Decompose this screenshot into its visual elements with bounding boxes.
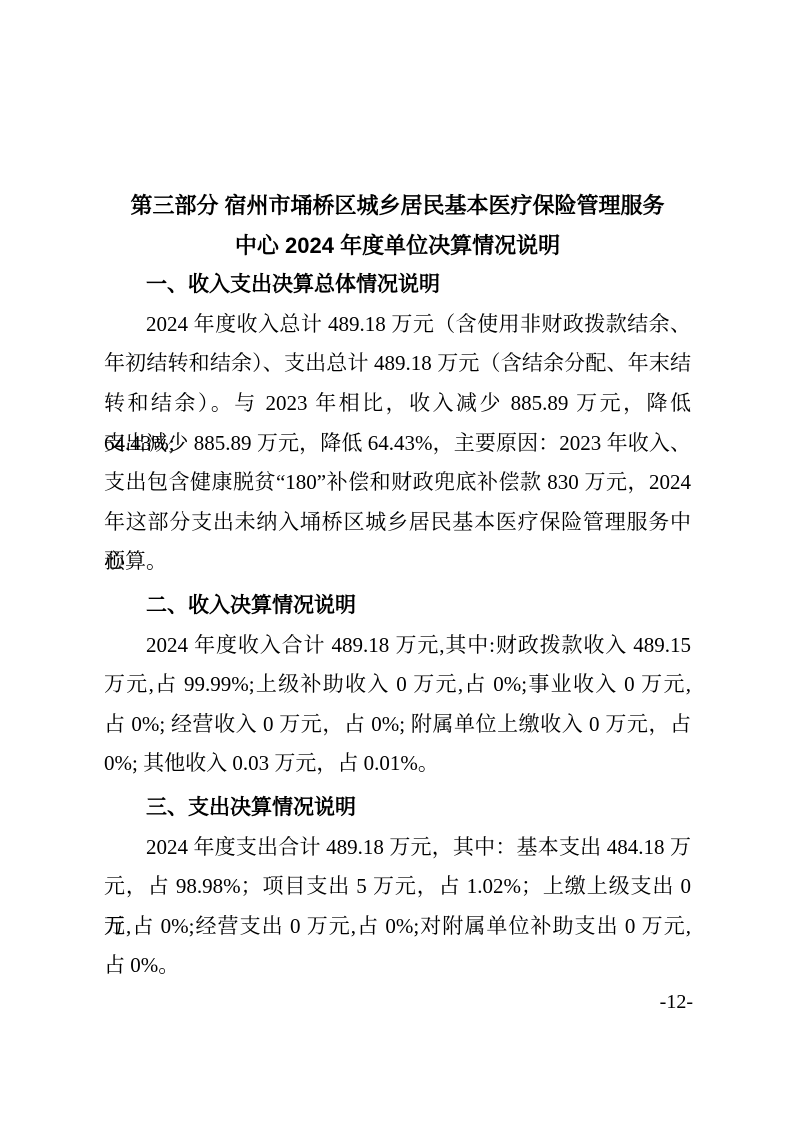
section-heading: 二、收入决算情况说明 bbox=[104, 586, 691, 626]
paragraph-line: 占 0%。 bbox=[104, 946, 691, 986]
paragraph-line: 转和结余）。与 2023 年相比，收入减少 885.89 万元，降低 64.43… bbox=[104, 384, 691, 424]
document-title-line: 第三部分 宿州市埇桥区城乡居民基本医疗保险管理服务 bbox=[104, 186, 691, 226]
section-heading: 三、支出决算情况说明 bbox=[104, 788, 691, 828]
paragraph-line: 2024 年度支出合计 489.18 万元，其中：基本支出 484.18 万 bbox=[104, 828, 691, 868]
paragraph-line: 年这部分支出未纳入埇桥区城乡居民基本医疗保险管理服务中心 bbox=[104, 503, 691, 543]
paragraph-line: 占 0%; 经营收入 0 万元，占 0%; 附属单位上缴收入 0 万元，占 bbox=[104, 705, 691, 745]
document-title-line: 中心 2024 年度单位决算情况说明 bbox=[104, 226, 691, 266]
paragraph-line: 元,占 0%;经营支出 0 万元,占 0%;对附属单位补助支出 0 万元, bbox=[104, 907, 691, 947]
section-heading: 一、收入支出决算总体情况说明 bbox=[104, 265, 691, 305]
paragraph-line: 年初结转和结余）、支出总计 489.18 万元（含结余分配、年末结 bbox=[104, 344, 691, 384]
paragraph-line: 支出减少 885.89 万元，降低 64.43%，主要原因：2023 年收入、 bbox=[104, 424, 691, 464]
paragraph-line: 预算。 bbox=[104, 542, 691, 582]
paragraph-line: 2024 年度收入合计 489.18 万元,其中:财政拨款收入 489.15 bbox=[104, 626, 691, 666]
document-page: 第三部分 宿州市埇桥区城乡居民基本医疗保险管理服务中心 2024 年度单位决算情… bbox=[0, 0, 793, 1122]
paragraph-line: 万元,占 99.99%;上级补助收入 0 万元,占 0%;事业收入 0 万元, bbox=[104, 665, 691, 705]
page-number: -12- bbox=[660, 990, 693, 1014]
document-content: 第三部分 宿州市埇桥区城乡居民基本医疗保险管理服务中心 2024 年度单位决算情… bbox=[104, 186, 691, 986]
paragraph-line: 0%; 其他收入 0.03 万元，占 0.01%。 bbox=[104, 744, 691, 784]
paragraph-line: 元，占 98.98%；项目支出 5 万元，占 1.02%；上缴上级支出 0 万 bbox=[104, 867, 691, 907]
paragraph-line: 支出包含健康脱贫“180”补偿和财政兜底补偿款 830 万元，2024 bbox=[104, 463, 691, 503]
paragraph-line: 2024 年度收入总计 489.18 万元（含使用非财政拨款结余、 bbox=[104, 305, 691, 345]
